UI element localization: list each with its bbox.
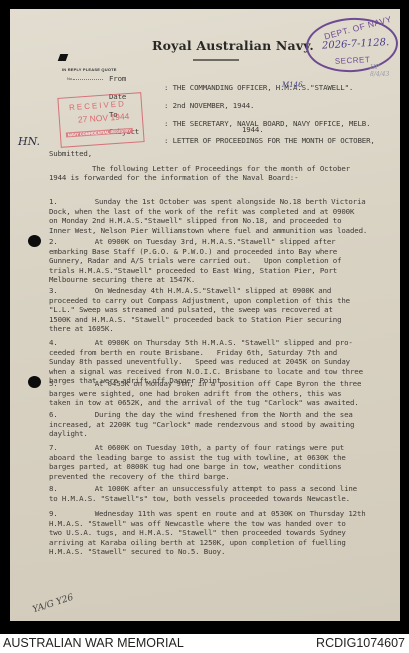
handwritten-bottom-note: YA/G Y26 [31, 593, 74, 616]
paragraph-1-first-line: Sunday the 1st October was spent alongsi… [56, 197, 366, 207]
letterhead-rule [193, 59, 239, 61]
intro-line-2: 1944 is forwarded for the information of… [49, 173, 298, 183]
handwritten-date-note: M146 [282, 81, 303, 89]
paragraph-4-first-line: At 0900K on Thursday 5th H.M.A.S. "Stawe… [56, 338, 353, 348]
archive-caption: AUSTRALIAN WAR MEMORIAL RCDIG1074607 [0, 634, 409, 653]
letterhead-title: Royal Australian Navy. [152, 38, 314, 53]
received-date: 27 NOV 1944 [78, 111, 130, 125]
received-stamp: RECEIVED 27 NOV 1944 NAVY CONFIDENTIAL R… [57, 92, 144, 148]
paragraph-5-first-line: At 0455K on Monday 9th, in a position of… [56, 379, 361, 389]
subject-year: 1944. [242, 125, 264, 135]
paragraph-7-first-line: At 0600K on Tuesday 10th, a party of fou… [56, 443, 344, 453]
punch-hole [28, 235, 41, 247]
received-registry: NAVY CONFIDENTIAL REGISTRY [66, 128, 133, 138]
document-page: IN REPLY PLEASE QUOTE No. Royal Australi… [10, 9, 400, 621]
salutation: Submitted, [49, 149, 92, 159]
archive-id: RCDIG1074607 [316, 636, 405, 650]
handwritten-right-note: HP 8/4/43 [370, 64, 400, 78]
paragraph-6-first-line: During the day the wind freshened from t… [56, 410, 353, 420]
reply-number-line [73, 79, 103, 80]
archive-name: AUSTRALIAN WAR MEMORIAL [3, 636, 184, 650]
stamp-secret: SECRET [335, 55, 371, 66]
paragraph-9-first-line: Wednesday 11th was spent en route and at… [56, 509, 366, 519]
paragraph-3-first-line: On Wednesday 4th H.M.A.S."Stawell" slipp… [56, 286, 331, 296]
punch-hole [28, 376, 41, 388]
paper-clip-mark [58, 54, 69, 61]
paragraph-8-first-line: At 1000K after an unsuccessfuly attempt … [56, 484, 357, 494]
stamp-file-number: 2026-7-1128. [322, 37, 390, 52]
received-label: RECEIVED [69, 99, 126, 112]
paragraph-2-first-line: At 0900K on Tuesday 3rd, H.M.A.S."Stawel… [56, 237, 335, 247]
margin-initials: HN. [18, 135, 40, 148]
